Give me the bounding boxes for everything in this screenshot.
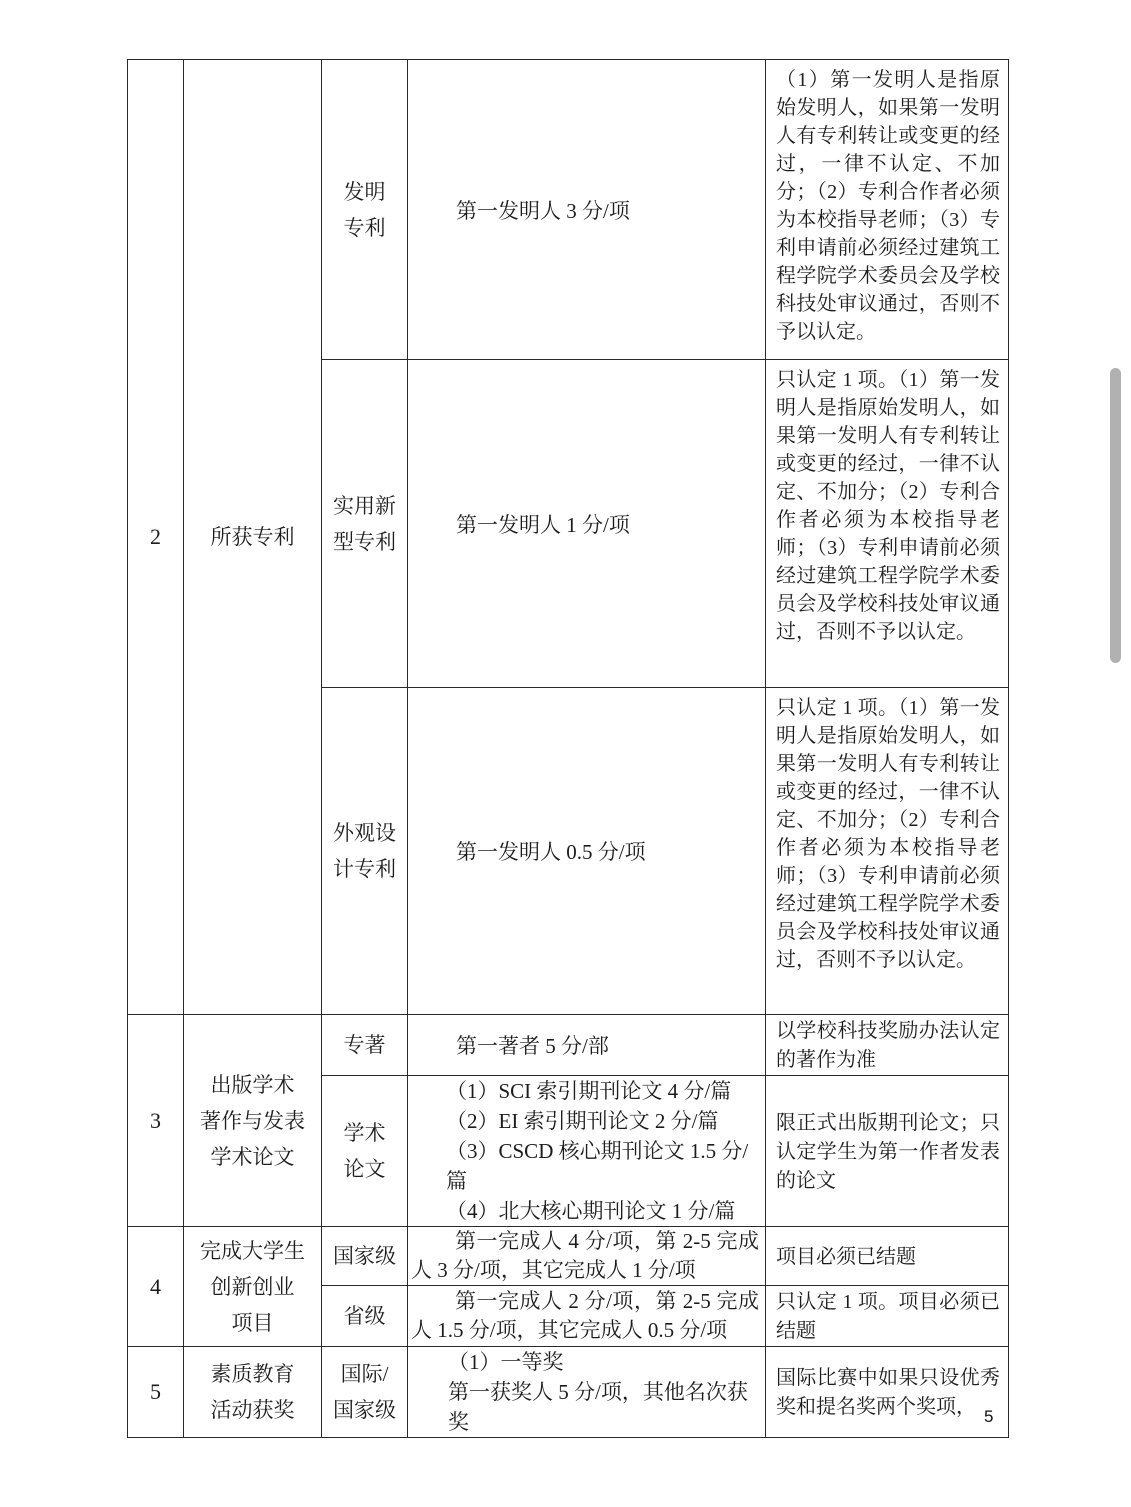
remark-cell: 只认定 1 项。项目必须已结题 [766,1286,1009,1347]
score-cell: 第一发明人 1 分/项 [408,360,766,688]
subtype-cell: 省级 [322,1286,408,1347]
remark-cell: 限正式出版期刊论文；只认定学生为第一作者发表的论文 [766,1076,1009,1227]
row-number-cell: 3 [128,1015,184,1227]
remark-cell: 项目必须已结题 [766,1227,1009,1286]
subtype-cell: 国家级 [322,1227,408,1286]
row-number-cell: 5 [128,1347,184,1438]
category-cell: 素质教育 活动获奖 [184,1347,322,1438]
remark-cell: （1）第一发明人是指原始发明人，如果第一发明人有专利转让或变更的经过，一律不认定… [766,60,1009,360]
scoring-table: 2 所获专利 发明 专利 第一发明人 3 分/项 （1）第一发明人是指原始发明人… [127,59,1009,1438]
score-cell: 第一发明人 0.5 分/项 [408,688,766,1015]
subtype-cell: 国际/ 国家级 [322,1347,408,1438]
category-cell: 所获专利 [184,60,322,1015]
subtype-cell: 专著 [322,1015,408,1076]
score-cell: 第一发明人 3 分/项 [408,60,766,360]
table-row: 4 完成大学生 创新创业 项目 国家级 第一完成人 4 分/项，第 2-5 完成… [128,1227,1009,1286]
score-cell: （1）SCI 索引期刊论文 4 分/篇 （2）EI 索引期刊论文 2 分/篇 （… [408,1076,766,1227]
subtype-cell: 实用新 型专利 [322,360,408,688]
score-cell: 第一完成人 2 分/项，第 2-5 完成人 1.5 分/项，其它完成人 0.5 … [408,1286,766,1347]
remark-cell: 以学校科技奖励办法认定的著作为准 [766,1015,1009,1076]
document-page: 2 所获专利 发明 专利 第一发明人 3 分/项 （1）第一发明人是指原始发明人… [0,0,1131,1507]
row-number-cell: 4 [128,1227,184,1347]
table-row: 3 出版学术 著作与发表 学术论文 专著 第一著者 5 分/部 以学校科技奖励办… [128,1015,1009,1076]
subtype-cell: 外观设 计专利 [322,688,408,1015]
subtype-cell: 发明 专利 [322,60,408,360]
score-cell: 第一著者 5 分/部 [408,1015,766,1076]
remark-cell: 只认定 1 项。（1）第一发明人是指原始发明人，如果第一发明人有专利转让或变更的… [766,360,1009,688]
scrollbar-thumb[interactable] [1110,368,1121,663]
page-number: 5 [984,1407,993,1427]
category-cell: 出版学术 著作与发表 学术论文 [184,1015,322,1227]
subtype-cell: 学术 论文 [322,1076,408,1227]
table-row: 2 所获专利 发明 专利 第一发明人 3 分/项 （1）第一发明人是指原始发明人… [128,60,1009,360]
score-cell: 第一完成人 4 分/项，第 2-5 完成人 3 分/项，其它完成人 1 分/项 [408,1227,766,1286]
category-cell: 完成大学生 创新创业 项目 [184,1227,322,1347]
table-row: 5 素质教育 活动获奖 国际/ 国家级 （1）一等奖 第一获奖人 5 分/项，其… [128,1347,1009,1438]
row-number-cell: 2 [128,60,184,1015]
remark-cell: 国际比赛中如果只设优秀奖和提名奖两个奖项， [766,1347,1009,1438]
score-cell: （1）一等奖 第一获奖人 5 分/项，其他名次获奖 [408,1347,766,1438]
remark-cell: 只认定 1 项。（1）第一发明人是指原始发明人，如果第一发明人有专利转让或变更的… [766,688,1009,1015]
